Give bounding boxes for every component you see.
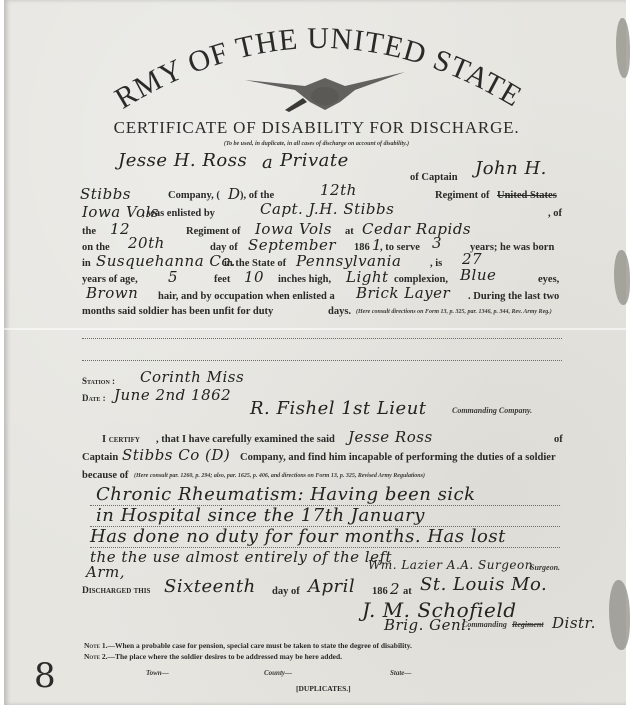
discharge-day-of-label: day of	[272, 586, 300, 597]
county-label: County—	[264, 669, 292, 677]
is-label: , is	[430, 258, 442, 269]
date-label: Date :	[82, 393, 106, 403]
hair: Brown	[86, 284, 138, 302]
feet-label: feet	[214, 274, 230, 285]
eyes-label: eyes,	[538, 274, 559, 285]
duplicates-label: [DUPLICATES.]	[296, 684, 351, 693]
certified-company: Stibbs Co (D)	[122, 446, 230, 464]
arch-title: ARMY OF THE UNITED STATES.	[95, 8, 545, 118]
captain-name: John H.	[475, 158, 547, 179]
company-text: Company, and find him incapable of perfo…	[240, 452, 556, 463]
days-label: days.	[328, 306, 351, 317]
reason-line-1: Chronic Rheumatism: Having been sick	[96, 484, 476, 505]
birth-county: Susquehanna Co.	[96, 252, 236, 270]
paper-fold	[4, 328, 626, 330]
because-note: (Here consult par. 1260, p. 294; also, p…	[134, 473, 425, 479]
rank-prefix: a	[262, 152, 273, 173]
edge-stain	[609, 580, 630, 650]
note-1-label: Note 1.	[84, 641, 107, 650]
hair-label: hair, and by occupation when enlisted a	[158, 291, 335, 302]
note-2-text: —The place where the soldier desires to …	[107, 652, 342, 661]
discharge-place: St. Louis Mo.	[420, 574, 547, 595]
reason-line-2: in Hospital since the 17th January	[96, 505, 425, 526]
discharge-day: Sixteenth	[164, 576, 256, 597]
examined-soldier: Jesse Ross	[348, 428, 433, 446]
eyes: Blue	[460, 266, 496, 284]
soldier-rank: Private	[280, 150, 349, 171]
discharge-year-prefix: 186	[372, 586, 388, 597]
note-2-label: Note 2.	[84, 652, 107, 661]
discharge-district: Distr.	[552, 614, 596, 632]
soldier-name: Jesse H. Ross	[118, 150, 247, 171]
blank-line	[82, 338, 562, 339]
enlisted-by-label: , was enlisted by	[142, 208, 215, 219]
commander-signature: R. Fishel 1st Lieut	[250, 398, 427, 419]
eagle-emblem	[245, 72, 405, 112]
term-years: 3	[432, 234, 442, 252]
town-label: Town—	[146, 669, 169, 677]
born-label: years; he was born	[470, 242, 554, 253]
height-inches: 10	[244, 268, 264, 286]
edge-stain	[616, 18, 630, 78]
captain-label: Captain	[82, 452, 118, 463]
station-label: Station :	[82, 376, 115, 386]
certify-prefix: I certify	[102, 434, 140, 445]
page-number: 8	[34, 656, 56, 696]
reason-line-5: Arm,	[86, 563, 125, 581]
last-two-label: . During the last two	[468, 291, 559, 302]
commanding-company-label: Commanding Company.	[452, 406, 532, 415]
enlist-day: 20th	[128, 234, 165, 252]
regiment-struck: United States	[497, 190, 557, 201]
company-letter: D	[228, 185, 241, 203]
certificate-subtitle: (To be used, in duplicate, in all cases …	[0, 141, 633, 147]
regiment-of-label: Regiment of	[435, 190, 490, 201]
surgeon-label: Surgeon.	[530, 563, 560, 572]
company-label: Company, (	[168, 190, 220, 201]
height-feet: 5	[168, 268, 178, 286]
surgeon-signature: Wm. Lazier A.A. Surgeon	[368, 558, 533, 572]
note-1: Note 1.—When a probable case for pension…	[84, 641, 412, 650]
certificate-title: CERTIFICATE OF DISABILITY FOR DISCHARGE.	[0, 118, 633, 138]
of-label-2: of	[554, 434, 563, 445]
at-label: at	[345, 226, 354, 237]
discharge-commanding-struck: Regiment	[512, 620, 544, 629]
regiment-number: 12th	[320, 181, 357, 199]
reason-line-4: the the use almost entirely of the left	[90, 548, 392, 566]
of-captain-label: of Captain	[410, 172, 458, 183]
state-label-address: State—	[390, 669, 411, 677]
discharge-at-label: at	[403, 586, 412, 597]
note-1-text: —When a probable case for pension, speci…	[107, 641, 411, 650]
station-value: Corinth Miss	[140, 368, 244, 386]
edge-stain	[614, 250, 630, 305]
in-label: in	[82, 258, 91, 269]
reason-line-3: Has done no duty for four months. Has lo…	[90, 526, 506, 547]
certify-text: , that I have carefully examined the sai…	[156, 434, 335, 445]
note-2: Note 2.—The place where the soldier desi…	[84, 652, 342, 661]
the-label: the	[82, 226, 96, 237]
blank-line	[82, 360, 562, 361]
enlist-regiment-label: Regiment of	[186, 226, 241, 237]
because-label: because of	[82, 470, 128, 481]
captain-name-cont: Stibbs	[80, 185, 131, 203]
enlisted-by: Capt. J.H. Stibbs	[260, 200, 394, 218]
of-label: , of	[548, 208, 562, 219]
inches-label: inches high,	[278, 274, 331, 285]
occupation: Brick Layer	[356, 284, 450, 302]
months-label: months said soldier has been unfit for d…	[82, 306, 273, 317]
discharge-rank-signature: Brig. Genl.	[384, 616, 472, 634]
date-value: June 2nd 1862	[114, 386, 231, 404]
discharge-month: April	[308, 576, 355, 597]
directions-note: (Here consult directions on Form 13, p. …	[356, 309, 581, 315]
discharge-year-digit: 2	[390, 580, 400, 598]
discharge-commanding-label: Commanding	[462, 620, 507, 629]
discharged-label: Discharged this	[82, 586, 150, 596]
